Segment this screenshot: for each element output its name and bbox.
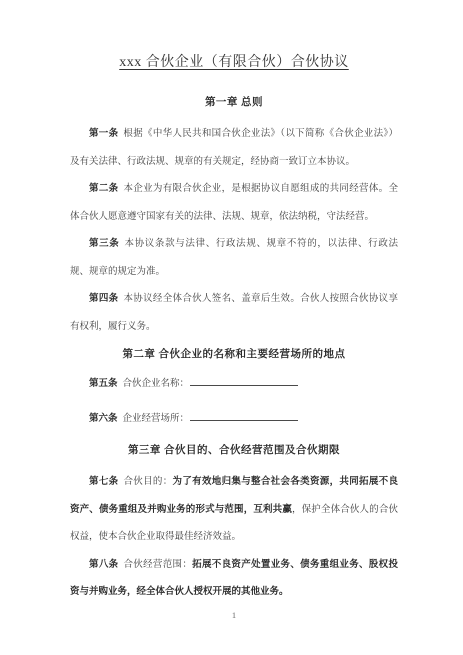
article-4-label: 第四条 <box>89 294 118 304</box>
chapter-heading-2: 第二章 合伙企业的名称和主要经营场所的地点 <box>70 341 398 368</box>
article-1-label: 第一条 <box>89 129 118 139</box>
article-8: 第八条合伙经营范围：拓展不良资产处置业务、债务重组业务、股权投资与并购业务，经全… <box>70 552 398 607</box>
chapter-heading-1: 第一章 总则 <box>70 89 398 116</box>
article-8-emphasis: 拓展不良资产处置业务、债务重组业务、股权投资与并购业务，经全体合伙人授权开展的其… <box>70 560 398 598</box>
article-3: 第三条本协议条款与法律、行政法规、规章不符的，以法律、行政法规、规章的规定为准。 <box>70 231 398 286</box>
page-number: 1 <box>70 609 398 621</box>
article-1-text: 根据《中华人民共和国合伙企业法》（以下简称《合伙企业法》）及有关法律、行政法规、… <box>70 129 398 167</box>
article-7-label: 第七条 <box>89 477 118 487</box>
article-5-label: 第五条 <box>89 379 118 389</box>
doc-title: xxx 合伙企业（有限合伙）合伙协议 <box>70 50 398 76</box>
article-7: 第七条合伙目的：为了有效地归集与整合社会各类资源，共同拓展不良资产、债务重组及并… <box>70 469 398 552</box>
article-6: 第六条企业经营场所： <box>70 406 398 434</box>
article-5: 第五条合伙企业名称： <box>70 371 398 399</box>
article-2-text: 本企业为有限合伙企业，是根据协议自愿组成的共同经营体。全体合伙人愿意遵守国家有关… <box>70 184 398 222</box>
article-4-text: 本协议经全体合伙人签名、盖章后生效。合伙人按照合伙协议享有权利，履行义务。 <box>70 294 398 332</box>
fill-in-blank-business-address <box>190 409 298 421</box>
article-8-lead: 合伙经营范围： <box>123 560 192 570</box>
article-1: 第一条根据《中华人民共和国合伙企业法》（以下简称《合伙企业法》）及有关法律、行政… <box>70 121 398 176</box>
article-7-lead: 合伙目的： <box>123 477 172 487</box>
article-3-text: 本协议条款与法律、行政法规、规章不符的，以法律、行政法规、规章的规定为准。 <box>70 239 398 277</box>
article-3-label: 第三条 <box>89 239 119 249</box>
fill-in-blank-partnership-name <box>190 374 298 386</box>
article-4: 第四条本协议经全体合伙人签名、盖章后生效。合伙人按照合伙协议享有权利，履行义务。 <box>70 286 398 341</box>
doc-title-text: xxx 合伙企业（有限合伙）合伙协议 <box>119 55 349 70</box>
article-6-text: 企业经营场所： <box>123 414 190 424</box>
chapter-heading-3: 第三章 合伙目的、合伙经营范围及合伙期限 <box>70 437 398 464</box>
article-2: 第二条本企业为有限合伙企业，是根据协议自愿组成的共同经营体。全体合伙人愿意遵守国… <box>70 176 398 231</box>
article-8-label: 第八条 <box>89 560 118 570</box>
article-5-text: 合伙企业名称： <box>123 379 190 389</box>
article-2-label: 第二条 <box>89 184 118 194</box>
document-page: xxx 合伙企业（有限合伙）合伙协议 第一章 总则 第一条根据《中华人民共和国合… <box>0 0 463 655</box>
article-6-label: 第六条 <box>89 414 118 424</box>
